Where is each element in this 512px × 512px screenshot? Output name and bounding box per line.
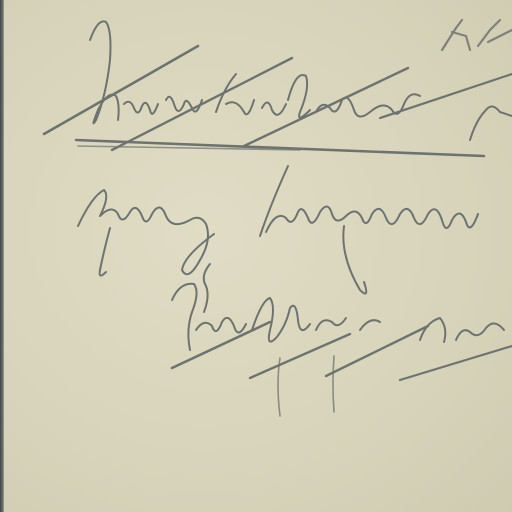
handwriting-line-2 [78, 166, 478, 294]
handwriting-line-3 [172, 264, 512, 416]
handwriting-margin-top-right [442, 20, 512, 50]
handwriting-line-1 [44, 21, 512, 156]
manuscript-page: [illegible cursive, struck through] [ill… [0, 0, 512, 512]
